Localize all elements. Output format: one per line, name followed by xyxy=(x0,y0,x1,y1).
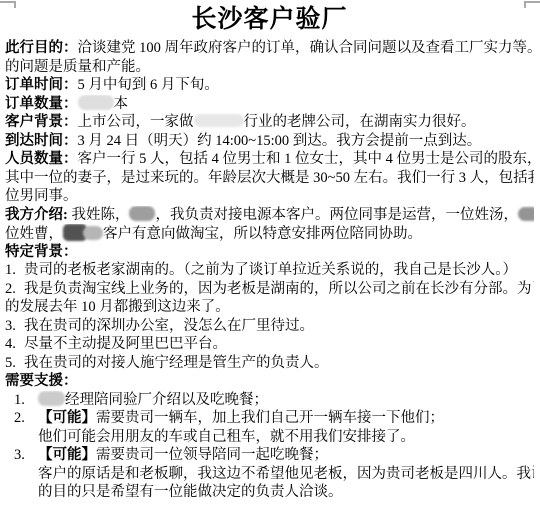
arrival-line: 到达时间：3 月 24 日（明天）约 14:00~15:00 到达。我方会提前一… xyxy=(5,132,534,151)
background-label: 特定背景： xyxy=(5,244,78,260)
purpose-text-1: 洽谈建党 100 周年政府客户的订单，确认合同问题以及查看工厂实力等。最在意 xyxy=(78,40,535,56)
background-item-3-text: 我在贵司的深圳办公室，没怎么在厂里待过。 xyxy=(24,318,314,334)
redaction-industry xyxy=(194,114,244,127)
order-time-label: 订单时间： xyxy=(5,77,78,93)
redaction-order-qty xyxy=(78,95,114,110)
intro-seg-1: 我姓陈， xyxy=(68,207,130,223)
intro-line2-pre: 位姓曹， xyxy=(5,226,63,242)
order-qty-line: 订单数量：本 xyxy=(5,95,534,114)
background-item-2-text-1: 我是负责淘宝线上业务的，因为老板是湖南的，所以公司之前在长沙有分部。为了更好 xyxy=(24,281,534,297)
background-item-5-text: 我在贵司的对接人施宁经理是管生产的负责人。 xyxy=(24,355,329,371)
list-number: 5. xyxy=(5,354,24,373)
list-number: 4. xyxy=(5,335,24,354)
list-number: 3. xyxy=(5,317,24,336)
background-item-4: 4.尽量不主动提及阿里巴巴平台。 xyxy=(5,335,534,354)
list-number: 1. xyxy=(14,391,38,410)
support-item-3-note-2: 的目的只是希望有一位能做决定的负责人洽谈。 xyxy=(38,484,343,500)
support-label: 需要支援： xyxy=(5,373,78,389)
background-item-5: 5.我在贵司的对接人施宁经理是管生产的负责人。 xyxy=(5,354,534,373)
background-item-4-text: 尽量不主动提及阿里巴巴平台。 xyxy=(24,336,227,352)
support-item-3-line-3: 的目的只是希望有一位能做决定的负责人洽谈。 xyxy=(5,483,534,502)
background-item-1: 1.贵司的老板老家湖南的。（之前为了谈订单拉近关系说的，我自己是长沙人。） xyxy=(5,261,534,280)
people-text-1: 客户一行 5 人，包括 4 位男士和 1 位女士，其中 4 位男士是公司的股东，… xyxy=(78,151,535,167)
support-item-3-line-2: 客户的原话是和老板聊，我这边不希望他见老板，因为贵司老板是四川人。我认为客户 xyxy=(5,465,534,484)
background-item-2-text-2: 的发展去年 10 月都搬到这边来了。 xyxy=(5,299,230,315)
support-item-2-text: 需要贵司一辆车，加上我们自己开一辆车接一下他们； xyxy=(96,410,444,426)
list-number: 1. xyxy=(5,261,24,280)
order-qty-unit: 本 xyxy=(114,96,129,112)
document-page: { "doc": { "title": "长沙客户验厂", "purpose":… xyxy=(0,0,540,516)
support-item-1: 1.经理陪同验厂介绍以及吃晚餐； xyxy=(5,391,534,410)
order-qty-label: 订单数量： xyxy=(5,96,78,112)
background-item-2-line-1: 2.我是负责淘宝线上业务的，因为老板是湖南的，所以公司之前在长沙有分部。为了更好 xyxy=(5,280,534,299)
document-title: 长沙客户验厂 xyxy=(5,4,534,39)
people-line-2: 其中一位的妻子，是过来玩的。年龄层次大概是 30~50 左右。我们一行 3 人，… xyxy=(5,169,534,188)
purpose-label: 此行目的： xyxy=(5,40,78,56)
background-item-1-text: 贵司的老板老家湖南的。（之前为了谈订单拉近关系说的，我自己是长沙人。） xyxy=(24,262,517,278)
people-label: 人员数量： xyxy=(5,151,78,167)
intro-label: 我方介绍: xyxy=(5,207,68,223)
page-margin-mark-top-left xyxy=(0,1,16,8)
intro-line-2: 位姓曹，客户有意向做淘宝，所以特意安排两位陪同协助。 xyxy=(5,224,534,243)
people-line-1: 人员数量：客户一行 5 人，包括 4 位男士和 1 位女士，其中 4 位男士是公… xyxy=(5,150,534,169)
redaction-my-name xyxy=(129,206,155,221)
people-text-2: 其中一位的妻子，是过来玩的。年龄层次大概是 30~50 左右。我们一行 3 人，… xyxy=(5,170,534,186)
support-item-2-line-1: 2.【可能】需要贵司一辆车，加上我们自己开一辆车接一下他们； xyxy=(5,409,534,428)
purpose-line-2: 的问题是质量和产能。 xyxy=(5,58,534,77)
people-text-3: 位男同事。 xyxy=(5,188,78,204)
document-body: 长沙客户验厂 此行目的：洽谈建党 100 周年政府客户的订单，确认合同问题以及查… xyxy=(0,0,540,502)
customer-bg-post: 行业的老牌公司，在湖南实力很好。 xyxy=(244,114,476,130)
intro-line-1: 我方介绍: 我姓陈，，我负责对接电源本客户。两位同事是运营，一位姓汤，。一 xyxy=(5,206,534,225)
background-header: 特定背景： xyxy=(5,243,534,262)
purpose-line-1: 此行目的：洽谈建党 100 周年政府客户的订单，确认合同问题以及查看工厂实力等。… xyxy=(5,39,534,58)
list-number: 2. xyxy=(14,409,38,428)
support-item-1-text: 经理陪同验厂介绍以及吃晚餐； xyxy=(65,392,268,408)
redaction-tang-name xyxy=(518,207,534,221)
support-item-3-text: 需要贵司一位领导陪同一起吃晚餐； xyxy=(96,447,328,463)
list-number: 3. xyxy=(14,446,38,465)
arrival-label: 到达时间： xyxy=(5,133,78,149)
maybe-tag: 【可能】 xyxy=(38,410,96,426)
support-item-3-line-1: 3.【可能】需要贵司一位领导陪同一起吃晚餐； xyxy=(5,446,534,465)
order-time-line: 订单时间：5 月中旬到 6 月下旬。 xyxy=(5,76,534,95)
page-margin-mark-top-right xyxy=(524,1,540,8)
maybe-tag: 【可能】 xyxy=(38,447,96,463)
background-item-3: 3.我在贵司的深圳办公室，没怎么在厂里待过。 xyxy=(5,317,534,336)
background-item-2-line-2: 的发展去年 10 月都搬到这边来了。 xyxy=(5,298,534,317)
customer-bg-label: 客户背景： xyxy=(5,114,78,130)
intro-seg-2: ，我负责对接电源本客户。两位同事是运营，一位姓汤， xyxy=(155,207,518,223)
arrival-text: 3 月 24 日（明天）约 14:00~15:00 到达。我方会提前一点到达。 xyxy=(78,133,482,149)
list-number: 2. xyxy=(5,280,24,299)
support-item-2-note: 他们可能会用朋友的车或自己租车，就不用我们安排接了。 xyxy=(38,429,415,445)
people-line-3: 位男同事。 xyxy=(5,187,534,206)
redaction-cao-name-light xyxy=(83,226,103,240)
order-time-text: 5 月中旬到 6 月下旬。 xyxy=(78,77,219,93)
intro-line2-post: 客户有意向做淘宝，所以特意安排两位陪同协助。 xyxy=(103,226,422,242)
purpose-text-2: 的问题是质量和产能。 xyxy=(5,59,150,75)
redaction-manager-name xyxy=(38,391,65,406)
support-header: 需要支援： xyxy=(5,372,534,391)
support-item-2-line-2: 他们可能会用朋友的车或自己租车，就不用我们安排接了。 xyxy=(5,428,534,447)
customer-bg-pre: 上市公司，一家做 xyxy=(78,114,194,130)
customer-bg-line: 客户背景：上市公司，一家做行业的老牌公司，在湖南实力很好。 xyxy=(5,113,534,132)
support-item-3-note-1: 客户的原话是和老板聊，我这边不希望他见老板，因为贵司老板是四川人。我认为客户 xyxy=(38,466,534,482)
